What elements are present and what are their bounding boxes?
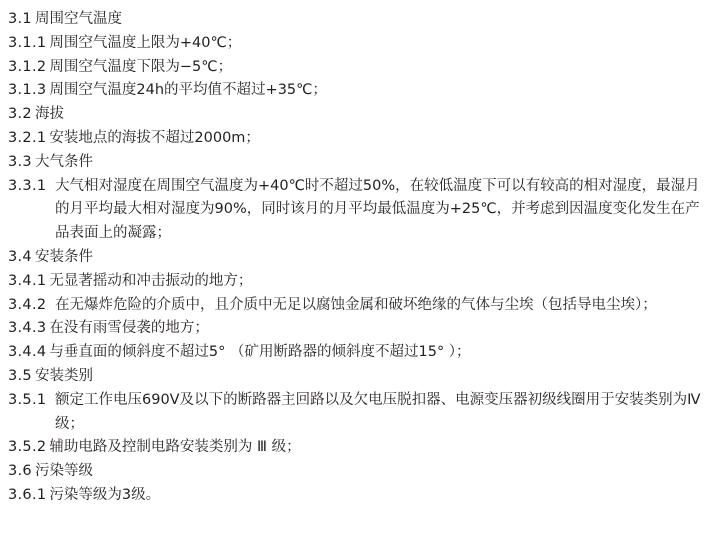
clause-3-1-3: 3.1.3 周围空气温度24h的平均值不超过+35℃； <box>8 79 713 103</box>
document-body: 3.1 周围空气温度 3.1.1 周围空气温度上限为+40℃； 3.1.2 周围… <box>8 8 713 508</box>
clause-3-4-4: 3.4.4 与垂直面的倾斜度不超过5° （矿用断路器的倾斜度不超过15° ）； <box>8 341 713 365</box>
clause-3-5-2: 3.5.2 辅助电路及控制电路安装类别为 Ⅲ 级； <box>8 436 713 460</box>
section-number: 3.2 <box>8 103 32 127</box>
clause-3-5-1: 3.5.1 额定工作电压690V及以下的断路器主回路以及欠电压脱扣器、电源变压器… <box>8 389 713 437</box>
section-text: 周围空气温度 <box>35 8 713 32</box>
clause-3-6-1: 3.6.1 污染等级为3级。 <box>8 484 713 508</box>
section-heading-3-3: 3.3 大气条件 <box>8 151 713 175</box>
section-text: 污染等级为3级。 <box>49 484 713 508</box>
section-text: 在没有雨雪侵袭的地方； <box>49 317 713 341</box>
section-number: 3.5.2 <box>8 436 46 460</box>
clause-3-4-3: 3.4.3 在没有雨雪侵袭的地方； <box>8 317 713 341</box>
section-text: 周围空气温度上限为+40℃； <box>49 32 713 56</box>
section-number: 3.2.1 <box>8 127 46 151</box>
section-text: 与垂直面的倾斜度不超过5° （矿用断路器的倾斜度不超过15° ）； <box>49 341 713 365</box>
clause-3-1-2: 3.1.2 周围空气温度下限为−5℃； <box>8 56 713 80</box>
section-heading-3-1: 3.1 周围空气温度 <box>8 8 713 32</box>
section-text: 大气相对湿度在周围空气温度为+40℃时不超过50%，在较低温度下可以有较高的相对… <box>55 175 713 246</box>
clause-3-2-1: 3.2.1 安装地点的海拔不超过2000m； <box>8 127 713 151</box>
section-number: 3.4 <box>8 246 32 270</box>
section-number: 3.6 <box>8 460 32 484</box>
section-text: 周围空气温度24h的平均值不超过+35℃； <box>49 79 713 103</box>
section-heading-3-6: 3.6 污染等级 <box>8 460 713 484</box>
section-number: 3.4.1 <box>8 270 46 294</box>
section-number: 3.1 <box>8 8 32 32</box>
section-text: 安装类别 <box>35 365 713 389</box>
section-number: 3.4.4 <box>8 341 46 365</box>
clause-3-4-2: 3.4.2 在无爆炸危险的介质中，且介质中无足以腐蚀金属和破坏绝缘的气体与尘埃（… <box>8 294 713 318</box>
clause-3-4-1: 3.4.1 无显著摇动和冲击振动的地方； <box>8 270 713 294</box>
section-number: 3.4.2 <box>8 294 53 318</box>
section-text: 安装地点的海拔不超过2000m； <box>49 127 713 151</box>
section-number: 3.1.2 <box>8 56 46 80</box>
section-number: 3.1.1 <box>8 32 46 56</box>
section-text: 额定工作电压690V及以下的断路器主回路以及欠电压脱扣器、电源变压器初级线圈用于… <box>55 389 713 437</box>
section-number: 3.3 <box>8 151 32 175</box>
section-number: 3.5 <box>8 365 32 389</box>
section-text: 污染等级 <box>35 460 713 484</box>
section-number: 3.5.1 <box>8 389 53 437</box>
section-text: 安装条件 <box>35 246 713 270</box>
clause-3-1-1: 3.1.1 周围空气温度上限为+40℃； <box>8 32 713 56</box>
section-text: 无显著摇动和冲击振动的地方； <box>49 270 713 294</box>
clause-3-3-1: 3.3.1 大气相对湿度在周围空气温度为+40℃时不超过50%，在较低温度下可以… <box>8 175 713 246</box>
section-text: 周围空气温度下限为−5℃； <box>49 56 713 80</box>
section-number: 3.3.1 <box>8 175 53 246</box>
section-number: 3.6.1 <box>8 484 46 508</box>
section-number: 3.4.3 <box>8 317 46 341</box>
section-text: 大气条件 <box>35 151 713 175</box>
section-number: 3.1.3 <box>8 79 46 103</box>
section-text: 辅助电路及控制电路安装类别为 Ⅲ 级； <box>49 436 713 460</box>
section-text: 在无爆炸危险的介质中，且介质中无足以腐蚀金属和破坏绝缘的气体与尘埃（包括导电尘埃… <box>55 294 713 318</box>
section-heading-3-2: 3.2 海拔 <box>8 103 713 127</box>
section-heading-3-4: 3.4 安装条件 <box>8 246 713 270</box>
section-heading-3-5: 3.5 安装类别 <box>8 365 713 389</box>
section-text: 海拔 <box>35 103 713 127</box>
